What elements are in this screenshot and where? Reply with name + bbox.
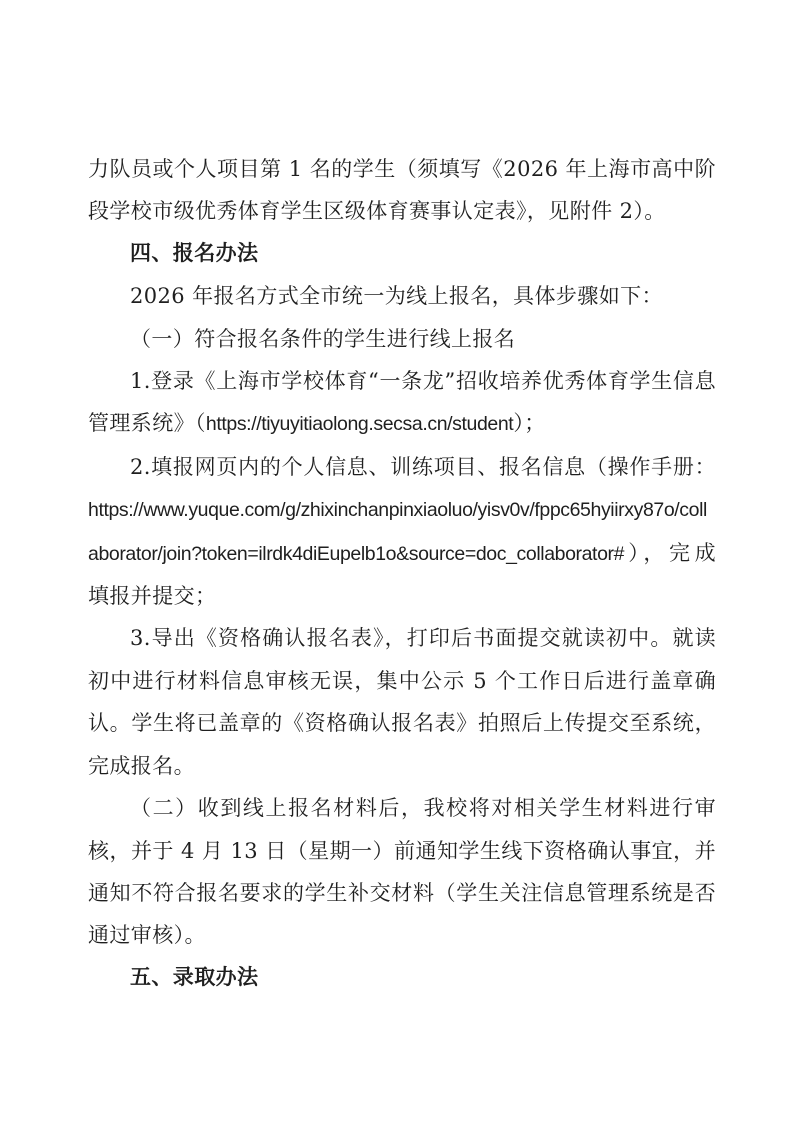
step-3-export-paragraph: 3.导出《资格确认报名表》，打印后书面提交就读初中。就读初中进行材料信息审核无误… [88, 617, 716, 787]
continuation-paragraph: 力队员或个人项目第 1 名的学生（须填写《2026 年上海市高中阶段学校市级优秀… [88, 148, 716, 233]
heading-text: 五、录取办法 [130, 966, 258, 989]
operation-manual-url: https://www.yuque.com/g/zhixinchanpinxia… [88, 499, 707, 564]
text-run: 力队员或个人项目第 1 名的学生（须填写《2026 年上海市高中阶段学校市级优秀… [88, 157, 716, 223]
text-run: 2026 年报名方式全市统一为线上报名，具体步骤如下： [130, 284, 663, 308]
text-run: 2.填报网页内的个人信息、训练项目、报名信息（操作手册： [130, 455, 716, 479]
step-1-login-paragraph: 1.登录《上海市学校体育“一条龙”招收培养优秀体育学生信息管理系统》（https… [88, 360, 716, 446]
text-run: 3.导出《资格确认报名表》，打印后书面提交就读初中。就读初中进行材料信息审核无误… [88, 626, 716, 777]
text-run: （二）收到线上报名材料后，我校将对相关学生材料进行审核，并于 4 月 13 日（… [88, 796, 716, 947]
text-run: （一）符合报名条件的学生进行线上报名 [130, 327, 515, 351]
registration-intro-paragraph: 2026 年报名方式全市统一为线上报名，具体步骤如下： [88, 275, 716, 317]
document-page: 力队员或个人项目第 1 名的学生（须填写《2026 年上海市高中阶段学校市级优秀… [0, 0, 800, 1131]
student-portal-url: https://tiyuyitiaolong.secsa.cn/student [206, 413, 513, 435]
section-heading-admission-method: 五、录取办法 [88, 957, 716, 999]
text-run: ）； [513, 411, 545, 435]
heading-text: 四、报名办法 [130, 242, 258, 265]
subsection-2-paragraph: （二）收到线上报名材料后，我校将对相关学生材料进行审核，并于 4 月 13 日（… [88, 787, 716, 957]
subsection-1-paragraph: （一）符合报名条件的学生进行线上报名 [88, 318, 716, 360]
step-2-fill-form-paragraph: 2.填报网页内的个人信息、训练项目、报名信息（操作手册：https://www.… [88, 446, 716, 618]
section-heading-registration-method: 四、报名办法 [88, 233, 716, 275]
